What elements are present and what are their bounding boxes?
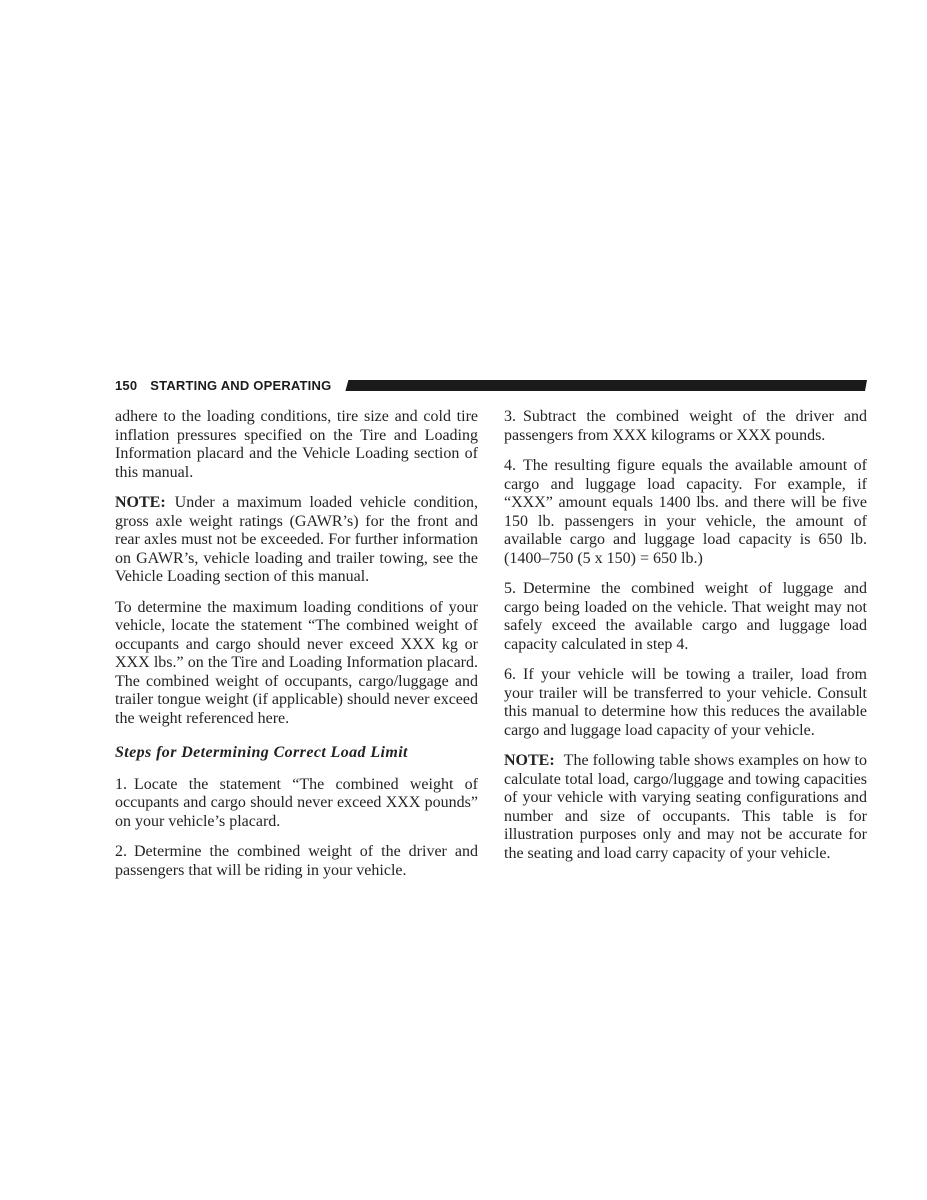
page-header: 150 STARTING AND OPERATING	[115, 378, 867, 393]
step-number: 6.	[504, 666, 516, 683]
step-number: 1.	[115, 776, 127, 793]
right-column: 3.Subtract the combined weight of the dr…	[504, 408, 867, 892]
step-number: 3.	[504, 408, 516, 425]
step-item-6: 6.If your vehicle will be towing a trail…	[504, 666, 867, 740]
step-item-5: 5.Determine the combined weight of lugga…	[504, 580, 867, 654]
step-text: Subtract the combined weight of the driv…	[504, 408, 867, 444]
two-column-body: adhere to the loading conditions, tire s…	[115, 408, 867, 892]
page-number: 150	[115, 378, 137, 393]
header-rule-bar	[345, 380, 867, 391]
step-item-2: 2.Determine the combined weight of the d…	[115, 843, 478, 880]
step-text: Determine the combined weight of the dri…	[115, 843, 478, 879]
note-text: The following table shows examples on ho…	[504, 752, 867, 862]
step-number: 5.	[504, 580, 516, 597]
step-text: Locate the statement “The combined weigh…	[115, 776, 478, 830]
step-item-4: 4.The resulting figure equals the availa…	[504, 457, 867, 568]
step-text: The resulting figure equals the availabl…	[504, 457, 867, 567]
determine-paragraph: To determine the maximum loading conditi…	[115, 599, 478, 729]
step-text: Determine the combined weight of luggage…	[504, 580, 867, 653]
page-content: 150 STARTING AND OPERATING adhere to the…	[115, 378, 867, 892]
manual-page: 150 STARTING AND OPERATING adhere to the…	[0, 0, 927, 1200]
section-title: STARTING AND OPERATING	[150, 378, 331, 393]
step-text: If your vehicle will be towing a trailer…	[504, 666, 867, 739]
note-label: NOTE:	[504, 752, 555, 769]
note-paragraph: NOTE:The following table shows examples …	[504, 752, 867, 863]
steps-heading: Steps for Determining Correct Load Limit	[115, 744, 478, 763]
step-number: 2.	[115, 843, 127, 860]
note-paragraph: NOTE:Under a maximum loaded vehicle cond…	[115, 494, 478, 587]
left-column: adhere to the loading conditions, tire s…	[115, 408, 478, 892]
step-number: 4.	[504, 457, 516, 474]
step-item-1: 1.Locate the statement “The combined wei…	[115, 776, 478, 832]
note-label: NOTE:	[115, 494, 166, 511]
intro-paragraph: adhere to the loading conditions, tire s…	[115, 408, 478, 482]
note-text: Under a maximum loaded vehicle condition…	[115, 494, 478, 585]
step-item-3: 3.Subtract the combined weight of the dr…	[504, 408, 867, 445]
